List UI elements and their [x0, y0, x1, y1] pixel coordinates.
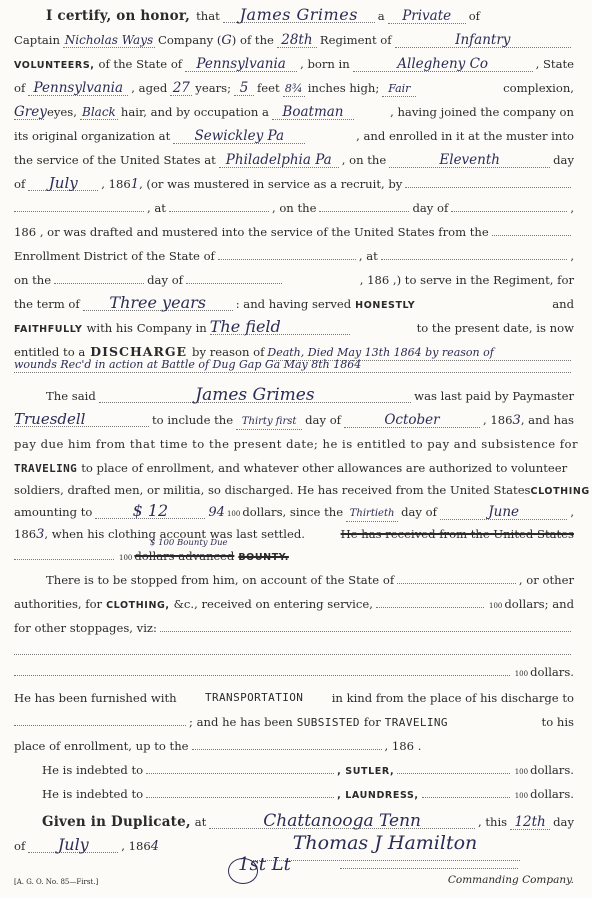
paid-to-month-field: October: [344, 413, 480, 428]
paid-to-year-field: 3: [513, 409, 521, 433]
line-recruit-details: , at , on the day of ,: [14, 196, 574, 220]
district-at-field: [381, 245, 568, 260]
line-draft-date: on the day of , 186 ,) to serve in the R…: [14, 268, 574, 292]
bounty-amount-field: [14, 545, 114, 560]
muster-day-field: Eleventh: [389, 153, 550, 168]
regiment-type-field: Infantry: [395, 33, 571, 48]
organized-at-field: Sewickley Pa: [173, 129, 305, 144]
line-subsisted-up-to: place of enrollment, up to the , 186 .: [14, 734, 574, 758]
mustered-at-field: Philadelphia Pa: [219, 153, 339, 168]
given-in-duplicate-heading: Given in Duplicate,: [42, 810, 191, 834]
sutler-amount-field: [397, 759, 510, 774]
height-feet-field: 5: [234, 81, 254, 96]
clothing-since-month-field: June: [440, 505, 567, 520]
subsisted-date-field: [192, 735, 382, 750]
age-field: 27: [170, 81, 192, 96]
height-inches-field: 8¾: [283, 82, 305, 97]
district-state-field: [218, 245, 356, 260]
draft-day-field: [54, 269, 144, 284]
line-subsisted: ; and he has been SUBSISTED for TRAVELIN…: [14, 710, 574, 734]
regiment-number-field: 28th: [277, 33, 317, 48]
paid-to-day-field: Thirty first: [236, 415, 302, 430]
signature-rank: 1st Lt: [228, 852, 298, 888]
line-sutler: He is indebted to , SUTLER, 100 dollars.: [14, 758, 574, 782]
stoppage-state-field: [397, 569, 516, 584]
given-year-field: 4: [151, 835, 159, 859]
other-stoppages-cont-field: [14, 640, 571, 655]
line-pay-due: pay due him from that time to the presen…: [14, 432, 574, 456]
line-transportation: He has been furnished with TRANSPORTATIO…: [14, 686, 574, 710]
discharge-certificate: I certify, on honor, that James Grimes a…: [0, 0, 592, 898]
born-in-field: Allegheny Co: [353, 57, 533, 72]
line-enrollment-district: Enrollment District of the State of , at…: [14, 244, 574, 268]
line-other-stoppages: for other stoppages, viz:: [14, 616, 574, 640]
recruit-day-field: [319, 197, 409, 212]
line-organization: its original organization at Sewickley P…: [14, 124, 574, 148]
sutler-name-field: [146, 759, 334, 774]
laundress-name-field: [146, 783, 334, 798]
line-laundress: He is indebted to , LAUNDRESS, 100 dolla…: [14, 782, 574, 806]
given-at-field: Chattanooga Tenn: [209, 814, 475, 829]
line-clothing-received: soldiers, drafted men, or militia, so di…: [14, 478, 574, 502]
laundress-amount-field: [422, 783, 510, 798]
line-clothing-settled: 186 3 , when his clothing account was la…: [14, 522, 574, 546]
commanding-company-label: Commanding Company.: [448, 874, 574, 886]
signature-line: [340, 868, 518, 869]
line-certify: I certify, on honor, that James Grimes a…: [14, 4, 574, 28]
struck-bounty-text: He has received from the United States: [305, 522, 574, 546]
hair-field: Black: [80, 105, 118, 120]
stoppages-total-field: [14, 661, 510, 676]
line-paymaster: Truesdell to include the Thirty first da…: [14, 408, 574, 432]
given-day-field: 12th: [510, 815, 550, 830]
recruit-place-field: [169, 197, 269, 212]
line-traveling: TRAVELING to place of enrollment, and wh…: [14, 456, 574, 480]
company-field: G: [221, 29, 231, 53]
line-state: VOLUNTEERS, of the State of Pennsylvania…: [14, 52, 574, 76]
stoppage-clothing-amount-field: [376, 593, 484, 608]
line-drafted: 186 , or was drafted and mustered into t…: [14, 220, 574, 244]
line-last-paid: The said James Grimes was last paid by P…: [14, 384, 574, 408]
muster-month-field: July: [28, 176, 98, 191]
occupation-field: Boatman: [272, 105, 354, 120]
line-term: the term of Three years : and having ser…: [14, 292, 574, 316]
line-description: of Pennsylvania , aged 27 years; 5 feet …: [14, 76, 574, 100]
line-captain: Captain Nicholas Ways Company ( G ) of t…: [14, 28, 574, 52]
transportation-to-field: [14, 711, 186, 726]
paymaster-field: Truesdell: [14, 412, 149, 427]
discharge-reason-cont-field: wounds Rec'd in action at Battle of Dug …: [14, 358, 571, 373]
said-name-field: James Grimes: [99, 388, 411, 403]
eyes-field: Grey: [14, 105, 44, 120]
line-clothing-amount: amounting to $ 12 94 100 dollars, since …: [14, 500, 574, 524]
line-given-at: Given in Duplicate, at Chattanooga Tenn …: [14, 810, 574, 834]
other-stoppages-field: [160, 617, 571, 632]
line-stoppages-total: 100 dollars.: [14, 660, 574, 684]
birth-state-field: Pennsylvania: [28, 81, 128, 96]
given-month-field: July: [28, 838, 118, 853]
line-muster-place: the service of the United States at Phil…: [14, 148, 574, 172]
certify-heading: I certify, on honor,: [46, 4, 190, 28]
line-discharge-reason-cont: wounds Rec'd in action at Battle of Dug …: [14, 358, 574, 382]
line-eyes-hair: Grey eyes, Black hair, and by occupation…: [14, 100, 574, 124]
line-bounty: 100 dollars advanced BOUNTY.: [14, 544, 574, 568]
muster-year-field: 1: [131, 173, 139, 197]
line-muster-month: of July , 186 1 , (or was mustered in se…: [14, 172, 574, 196]
rank-field: Private: [388, 9, 466, 24]
served-in-field: The field: [210, 320, 350, 335]
complexion-field: Fair: [382, 82, 416, 97]
draft-month-field: [186, 269, 282, 284]
drafted-from-field: [492, 221, 571, 236]
clothing-since-day-field: Thirtieth: [346, 507, 398, 522]
line-stoppage-state: There is to be stopped from him, on acco…: [14, 568, 574, 592]
form-number: [A. G. O. No. 85—First.]: [14, 878, 98, 886]
recruit-mustered-by-field: [405, 173, 571, 188]
term-field: Three years: [83, 296, 233, 311]
soldier-name-field: James Grimes: [223, 8, 375, 23]
clothing-amount-field: $ 12: [95, 504, 205, 519]
line-stoppage-clothing: authorities, for CLOTHING, &c., received…: [14, 592, 574, 616]
captain-field: Nicholas Ways: [63, 33, 155, 48]
recruit-month-field: [451, 197, 567, 212]
line-faithfully: FAITHFULLY with his Company in The field…: [14, 316, 574, 340]
recruit-name-field: [14, 197, 144, 212]
state-field: Pennsylvania: [185, 57, 297, 72]
